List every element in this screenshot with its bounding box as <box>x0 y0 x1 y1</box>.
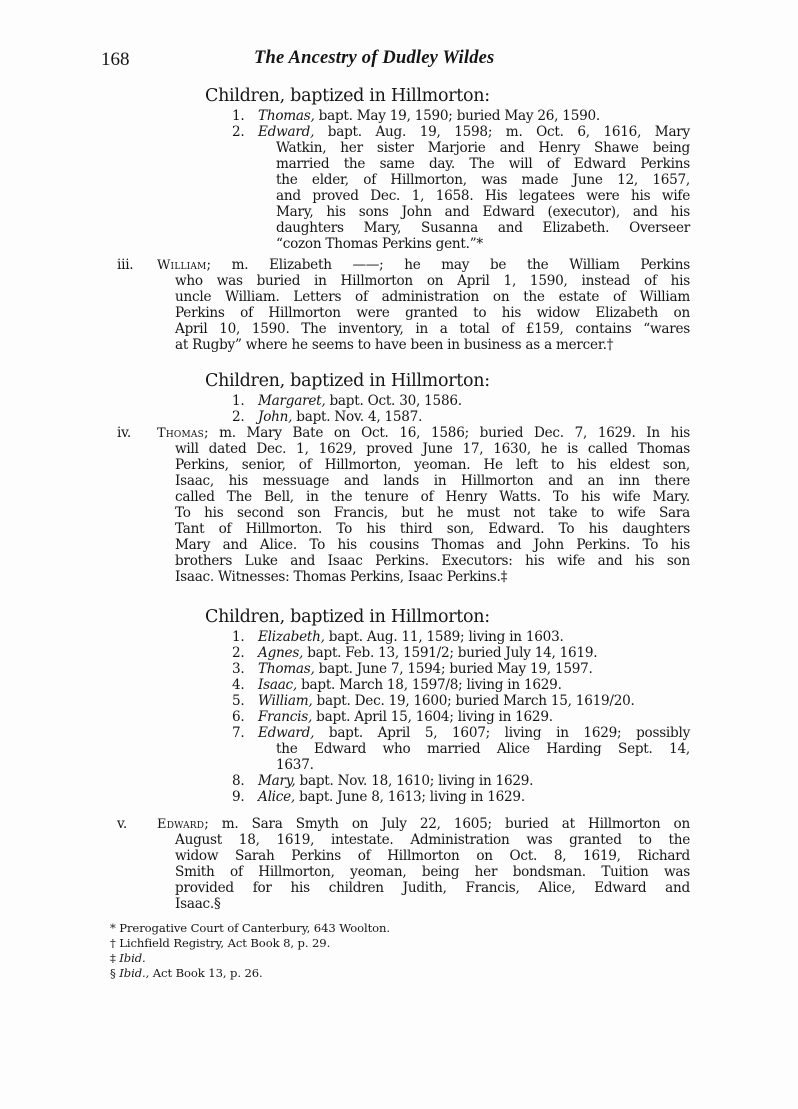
child-name: William, <box>258 693 312 709</box>
child-text-line: Isaac, bapt. March 18, 1597/8; living in… <box>258 677 562 693</box>
child-number: 3. <box>232 661 244 677</box>
child-text-line: Mary, bapt. Nov. 18, 1610; living in 162… <box>258 773 533 789</box>
entry-text-line: Edward; m. Sara Smyth on July 22, 1605; … <box>157 816 690 833</box>
entry-text-line: uncle William. Letters of administration… <box>175 289 690 305</box>
child-number: 1. <box>232 108 244 124</box>
child-name: Edward, <box>258 725 314 741</box>
child-name: John, <box>258 409 292 425</box>
child-text-line: and proved Dec. 1, 1658. His legatees we… <box>276 188 690 204</box>
child-name: Thomas, <box>258 661 315 677</box>
entry-number: v. <box>117 816 127 832</box>
children-heading: Children, baptized in Hillmorton: <box>205 86 490 106</box>
child-text-line: Elizabeth, bapt. Aug. 11, 1589; living i… <box>258 629 564 645</box>
children-heading: Children, baptized in Hillmorton: <box>205 607 490 627</box>
entry-number: iii. <box>117 257 133 273</box>
child-name: Edward, <box>258 124 314 140</box>
child-text-line: Watkin, her sister Marjorie and Henry Sh… <box>276 140 690 156</box>
entry-text-line: Perkins, senior, of Hillmorton, yeoman. … <box>175 457 690 473</box>
entry-text-line: To his second son Francis, but he must n… <box>175 505 690 521</box>
entry-text-line: William; m. Elizabeth ——; he may be the … <box>157 257 690 274</box>
child-name: Thomas, <box>258 108 315 124</box>
entry-text-line: Smith of Hillmorton, yeoman, being her b… <box>175 864 690 880</box>
child-text-line: Francis, bapt. April 15, 1604; living in… <box>258 709 553 725</box>
entry-text-line: widow Sarah Perkins of Hillmorton on Oct… <box>175 848 690 864</box>
child-number: 1. <box>232 393 244 409</box>
running-title: The Ancestry of Dudley Wildes <box>254 48 494 69</box>
child-text-line: married the same day. The will of Edward… <box>276 156 690 172</box>
child-number: 6. <box>232 709 244 725</box>
entry-text-line: brothers Luke and Isaac Perkins. Executo… <box>175 553 690 569</box>
entry-text-line: called The Bell, in the tenure of Henry … <box>175 489 690 505</box>
child-number: 2. <box>232 645 244 661</box>
footnote-mark: † <box>110 936 116 950</box>
person-name: Thomas <box>157 426 204 441</box>
entry-text-line: Thomas; m. Mary Bate on Oct. 16, 1586; b… <box>157 425 690 442</box>
entry-text-line: Mary and Alice. To his cousins Thomas an… <box>175 537 690 553</box>
child-text-line: “cozon Thomas Perkins gent.”* <box>276 236 483 252</box>
child-number: 8. <box>232 773 244 789</box>
entry-text-line: Tant of Hillmorton. To his third son, Ed… <box>175 521 690 537</box>
child-text-line: 1637. <box>276 757 314 773</box>
child-name: Elizabeth, <box>258 629 325 645</box>
person-name: William <box>157 258 207 273</box>
footnote-mark: * <box>110 921 116 935</box>
entry-text-line: August 18, 1619, intestate. Administrati… <box>175 832 690 848</box>
entry-number: iv. <box>117 425 131 441</box>
child-text-line: Alice, bapt. June 8, 1613; living in 162… <box>258 789 525 805</box>
child-text-line: the Edward who married Alice Harding Sep… <box>276 741 690 757</box>
page-number: 168 <box>101 49 130 71</box>
footnote: † Lichfield Registry, Act Book 8, p. 29. <box>110 936 330 950</box>
entry-text-line: who was buried in Hillmorton on April 1,… <box>175 273 690 289</box>
child-name: Isaac, <box>258 677 297 693</box>
entry-text-line: Isaac.§ <box>175 896 221 912</box>
footnote: * Prerogative Court of Canterbury, 643 W… <box>110 921 390 935</box>
entry-text-line: Isaac. Witnesses: Thomas Perkins, Isaac … <box>175 569 507 585</box>
child-number: 7. <box>232 725 244 741</box>
entry-text-line: Perkins of Hillmorton were granted to hi… <box>175 305 690 321</box>
child-text-line: Edward, bapt. Aug. 19, 1598; m. Oct. 6, … <box>258 124 690 140</box>
child-number: 2. <box>232 124 244 140</box>
child-number: 4. <box>232 677 244 693</box>
child-text-line: John, bapt. Nov. 4, 1587. <box>258 409 422 425</box>
child-number: 5. <box>232 693 244 709</box>
footnote-ibid: Ibid., <box>116 966 150 980</box>
child-name: Agnes, <box>258 645 303 661</box>
entry-text-line: at Rugby” where he seems to have been in… <box>175 337 613 353</box>
child-text-line: William, bapt. Dec. 19, 1600; buried Mar… <box>258 693 635 709</box>
child-name: Mary, <box>258 773 295 789</box>
entry-text-line: Isaac, his messuage and lands in Hillmor… <box>175 473 690 489</box>
person-name: Edward <box>157 817 204 832</box>
child-name: Alice, <box>258 789 295 805</box>
child-text-line: Edward, bapt. April 5, 1607; living in 1… <box>258 725 690 741</box>
entry-text-line: April 10, 1590. The inventory, in a tota… <box>175 321 690 337</box>
children-heading: Children, baptized in Hillmorton: <box>205 371 490 391</box>
child-text-line: Agnes, bapt. Feb. 13, 1591/2; buried Jul… <box>258 645 597 661</box>
footnote-ibid: Ibid. <box>116 951 146 965</box>
entry-text-line: provided for his children Judith, Franci… <box>175 880 690 896</box>
child-text-line: the elder, of Hillmorton, was made June … <box>276 172 690 188</box>
footnote: ‡ Ibid. <box>110 951 146 965</box>
child-number: 1. <box>232 629 244 645</box>
child-name: Margaret, <box>258 393 325 409</box>
child-text-line: Mary, his sons John and Edward (executor… <box>276 204 690 220</box>
child-text-line: Thomas, bapt. May 19, 1590; buried May 2… <box>258 108 600 124</box>
child-text-line: Margaret, bapt. Oct. 30, 1586. <box>258 393 462 409</box>
child-name: Francis, <box>258 709 312 725</box>
child-text-line: Thomas, bapt. June 7, 1594; buried May 1… <box>258 661 593 677</box>
child-text-line: daughters Mary, Susanna and Elizabeth. O… <box>276 220 690 236</box>
entry-text-line: will dated Dec. 1, 1629, proved June 17,… <box>175 441 690 457</box>
footnote: § Ibid., Act Book 13, p. 26. <box>110 966 263 980</box>
child-number: 9. <box>232 789 244 805</box>
child-number: 2. <box>232 409 244 425</box>
